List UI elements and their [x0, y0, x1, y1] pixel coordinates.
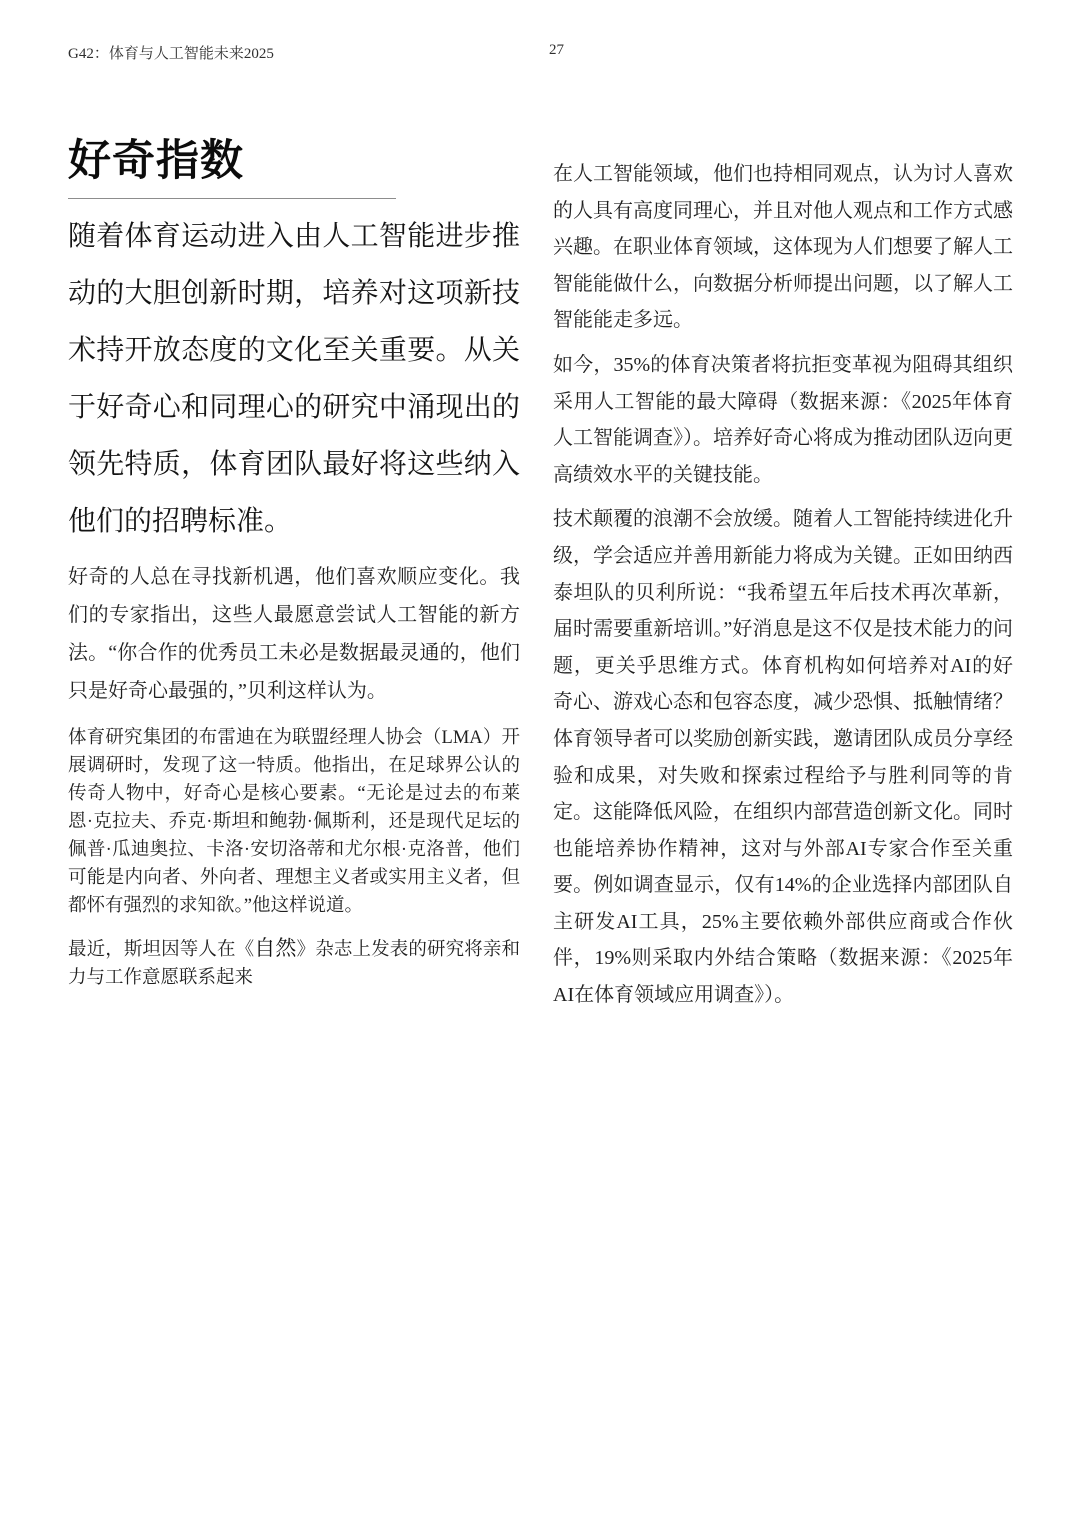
lede-paragraph: 随着体育运动进入由人工智能进步推动的大胆创新时期，培养对这项新技术持开放态度的文…	[68, 208, 520, 550]
document-page: G42：体育与人工智能未来2025 27 好奇指数 随着体育运动进入由人工智能进…	[0, 0, 1080, 1533]
paragraph-curious-people: 好奇的人总在寻找新机遇，他们喜欢顺应变化。我们的专家指出，这些人最愿意尝试人工智…	[68, 558, 520, 710]
paragraph-survey-35-percent: 如今，35%的体育决策者将抗拒变革视为阻碍其组织采用人工智能的最大障碍（数据来源…	[553, 347, 1013, 493]
paragraph-sports-research-group: 体育研究集团的布雷迪在为联盟经理人协会（LMA）开展调研时，发现了这一特质。他指…	[68, 724, 520, 920]
paragraph-ai-empathy: 在人工智能领域，他们也持相同观点，认为讨人喜欢的人具有高度同理心，并且对他人观点…	[553, 156, 1013, 339]
left-column: 好奇指数 随着体育运动进入由人工智能进步推动的大胆创新时期，培养对这项新技术持开…	[68, 136, 520, 992]
running-header: G42：体育与人工智能未来2025 27	[68, 42, 1012, 64]
doc-title: G42：体育与人工智能未来2025	[68, 42, 274, 63]
title-underline	[68, 198, 396, 199]
paragraph-tech-disruption: 技术颠覆的浪潮不会放缓。随着人工智能持续进化升级，学会适应并善用新能力将成为关键…	[553, 501, 1013, 1013]
page-number: 27	[549, 42, 564, 59]
right-column: 在人工智能领域，他们也持相同观点，认为讨人喜欢的人具有高度同理心，并且对他人观点…	[553, 156, 1013, 1022]
nature-sentence-before: 最近，斯坦因等人在《	[68, 940, 254, 960]
section-title: 好奇指数	[68, 136, 520, 188]
paragraph-nature-study: 最近，斯坦因等人在《自然》杂志上发表的研究将亲和力与工作意愿联系起来	[68, 934, 520, 992]
nature-journal-name: 自然	[254, 936, 296, 960]
